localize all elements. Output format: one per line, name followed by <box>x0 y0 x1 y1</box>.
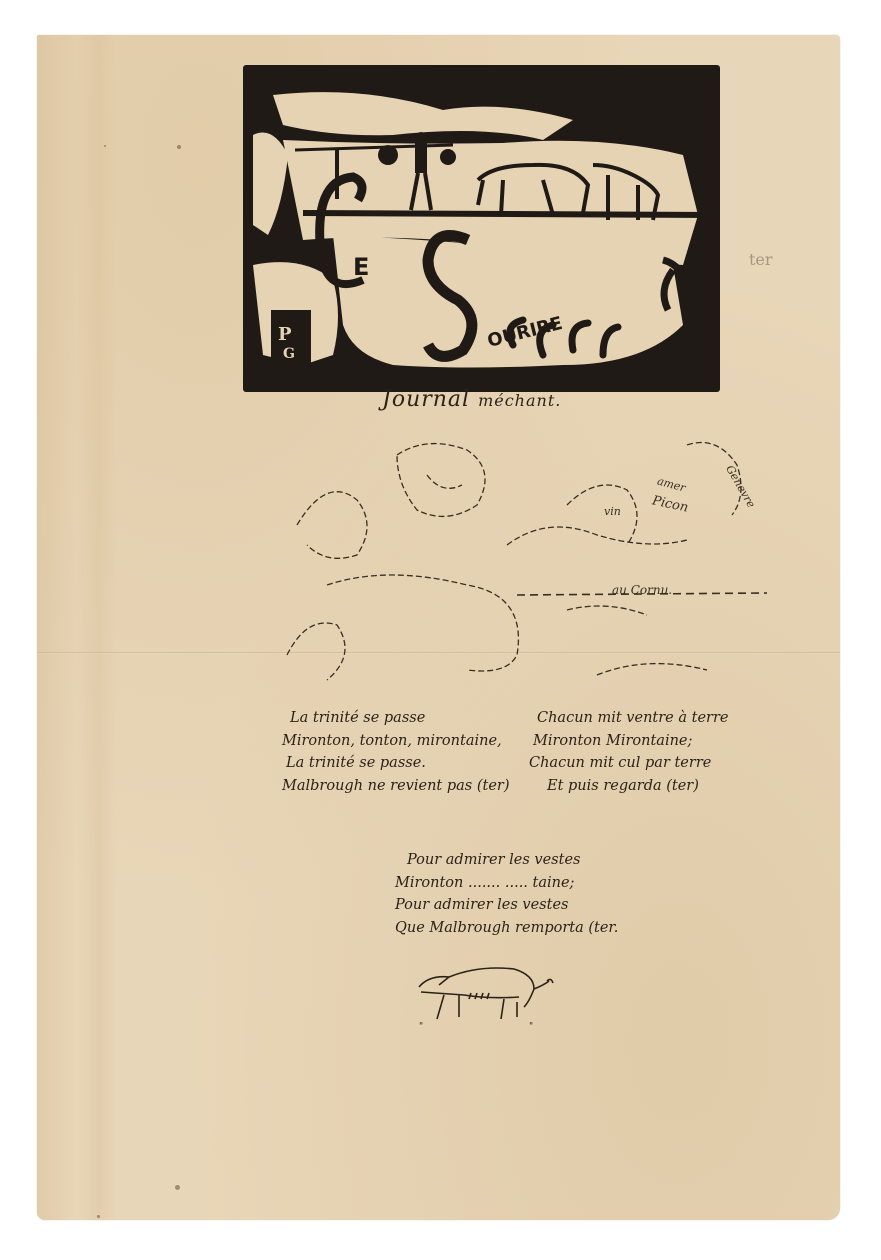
stanza-right: Chacun mit ventre à terre Mironton Miron… <box>529 707 728 797</box>
ink-spot <box>175 1185 180 1190</box>
svg-text:": " <box>529 1022 533 1032</box>
svg-text:": " <box>419 1022 423 1032</box>
stanza-line: Pour admirer les vestes <box>395 894 618 917</box>
stanza-center: Pour admirer les vestes Mironton .......… <box>395 849 618 939</box>
stanza-line: Mironton, tonton, mirontaine, <box>282 730 510 753</box>
stanza-line: Que Malbrough remporta (ter. <box>395 917 618 940</box>
stanza-line: Pour admirer les vestes <box>395 849 618 872</box>
monogram-pg: P <box>278 324 292 345</box>
newspaper-page: E OURIRE P G ter Journal méchant. <box>37 35 840 1220</box>
stanza-line: Chacun mit ventre à terre <box>529 707 728 730</box>
pen-sketch-illustration <box>267 415 767 725</box>
subtitle-mechant: méchant. <box>478 391 561 410</box>
sketch-label-vin: vin <box>604 505 621 518</box>
margin-pencil-mark: ter <box>749 250 773 269</box>
ink-spot <box>97 1215 100 1218</box>
subtitle: Journal méchant. <box>382 387 561 412</box>
stanza-left: La trinité se passe Mironton, tonton, mi… <box>282 707 510 797</box>
subtitle-journal: Journal <box>382 387 470 412</box>
masthead-le-text: E <box>353 253 369 281</box>
ink-spot <box>104 145 106 147</box>
ink-spot <box>177 145 181 149</box>
stanza-line: Chacun mit cul par terre <box>529 752 728 775</box>
sketch-label-cornu: au Cornu. <box>612 583 672 597</box>
stanza-line: La trinité se passe <box>282 707 510 730</box>
stanza-line: La trinité se passe. <box>282 752 510 775</box>
svg-text:G: G <box>283 346 295 362</box>
pig-sketch-icon: " " <box>409 957 559 1032</box>
stanza-line: Et puis regarda (ter) <box>529 775 728 798</box>
stanza-line: Malbrough ne revient pas (ter) <box>282 775 510 798</box>
woodcut-illustration: E OURIRE P G <box>243 65 720 392</box>
stanza-line: Mironton Mirontaine; <box>529 730 728 753</box>
woodcut-masthead: E OURIRE P G <box>243 65 720 392</box>
stanza-line: Mironton ....... ..... taine; <box>395 872 618 895</box>
